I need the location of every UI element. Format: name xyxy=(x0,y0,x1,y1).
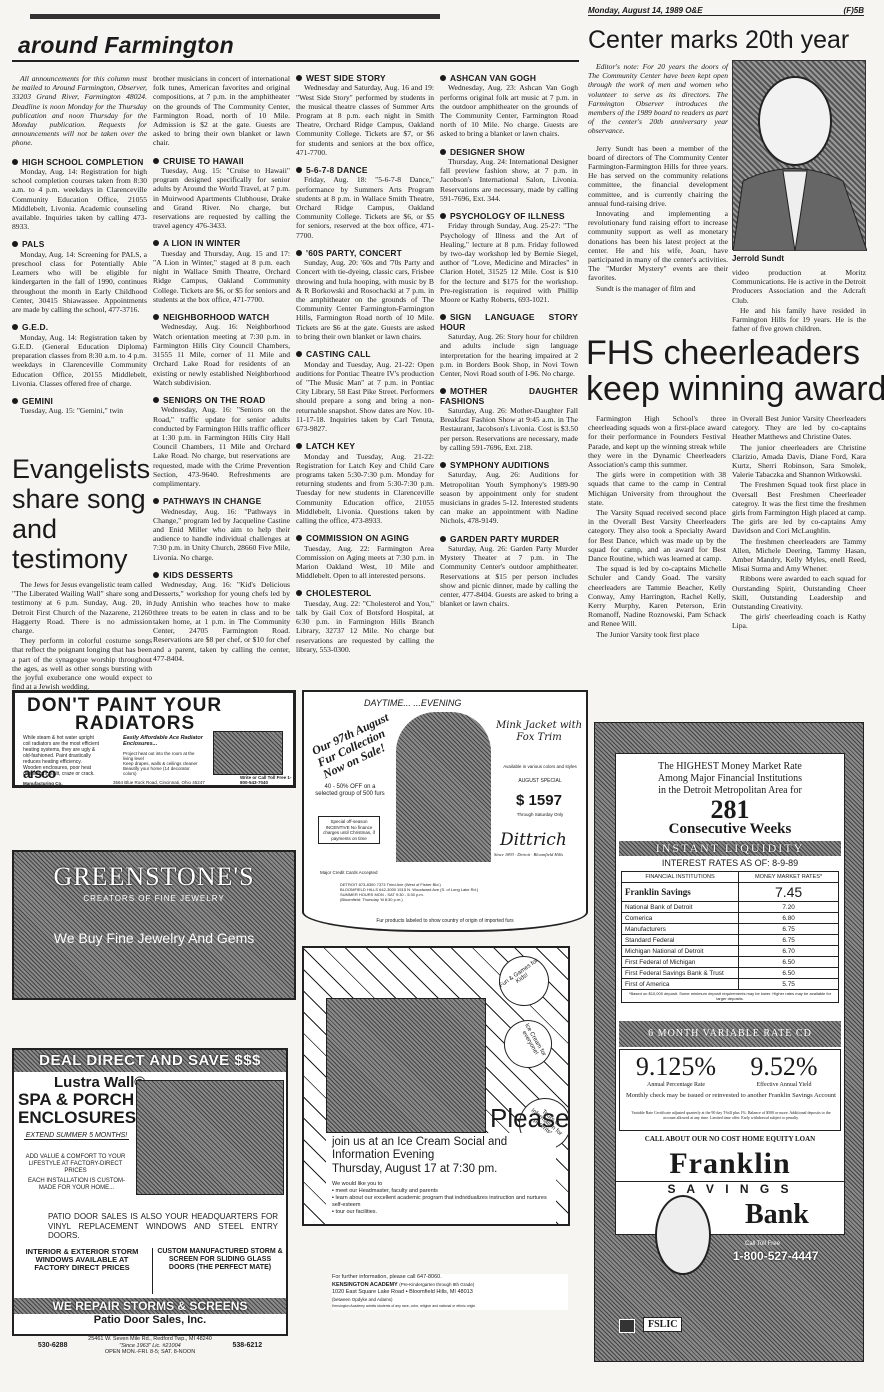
text: Thursday, Aug. 24: International Designe… xyxy=(440,157,578,203)
ad-product: Lustra Wall® xyxy=(54,1074,145,1091)
text: 6.75 xyxy=(739,935,839,946)
text: ▪ meet our Headmaster, faculty and paren… xyxy=(332,1188,552,1195)
text: Friday through Sunday, Aug. 25-27: "The … xyxy=(440,221,578,304)
event-item: LATCH KEYMonday and Tuesday, Aug. 21-22:… xyxy=(296,442,434,525)
cd-banner: 6 MONTH VARIABLE RATE CD xyxy=(619,1021,841,1047)
text: Monday and Tuesday, Aug. 21-22: Registra… xyxy=(296,452,434,526)
paragraph: Farmington High School's three cheerlead… xyxy=(588,414,726,469)
text: learn about our excellent academic progr… xyxy=(332,1195,547,1208)
text: 7.20 xyxy=(739,902,839,913)
greenstones-ad[interactable]: GREENSTONE'S CREATORS OF FINE JEWELRY We… xyxy=(12,850,296,1000)
column-1: All announcements for this column must b… xyxy=(12,74,147,425)
text: Franklin Savings xyxy=(622,883,739,902)
fhs-headline-line-1: FHS cheerleaders xyxy=(586,336,860,370)
paragraph: video production at Moritz Communication… xyxy=(732,268,866,305)
rates-as-of: INTEREST RATES AS OF: 8-9-89 xyxy=(615,858,845,868)
clown-illustration xyxy=(326,998,486,1133)
top-rule xyxy=(30,14,440,19)
fslic-badge: FSLIC xyxy=(643,1317,682,1332)
rates-table: FINANCIAL INSTITUTIONSMONEY MARKET RATES… xyxy=(621,871,839,1003)
benjamin-franklin-portrait-icon xyxy=(655,1195,711,1275)
text: 5.75 xyxy=(739,979,839,990)
kensington-academy-ad[interactable]: Fun & Games for Kids! Ice Cream for ever… xyxy=(302,946,570,1226)
text: Saturday, Aug. 26: Garden Party Murder M… xyxy=(440,544,578,608)
paragraph: The girls were in competition with 38 sq… xyxy=(588,470,726,507)
center-story-right: video production at Moritz Communication… xyxy=(732,268,866,334)
paragraph: The freshmen cheerleaders are Tammy Alle… xyxy=(732,537,866,574)
date-text: Monday, August 14, 1989 O&E xyxy=(588,6,703,15)
text: Michigan National of Detroit xyxy=(622,946,739,957)
patio-contact: 25461 W. Seven Mile Rd., Redford Twp., M… xyxy=(12,1336,288,1356)
text: Wednesday and Saturday, Aug. 16 and 19: … xyxy=(296,83,434,157)
text: Tuesday, Aug. 15: "Gemini," twin xyxy=(12,406,147,415)
dittrich-furs-ad[interactable]: DAYTIME... ...EVENING Our 97th August Fu… xyxy=(302,690,588,932)
company-name: Patio Door Sales, Inc. xyxy=(14,1314,286,1326)
section-title: around Farmington xyxy=(18,32,234,59)
table-row: Manufacturers6.75 xyxy=(622,924,839,935)
text: Monday, Aug. 14: Screening for PALS, a p… xyxy=(12,250,147,314)
event-item: DESIGNER SHOWThursday, Aug. 24: Internat… xyxy=(440,148,578,203)
apr-label: Annual Percentage Rate xyxy=(624,1082,728,1088)
page-number: (F)5B xyxy=(844,6,864,15)
text: Monday and Tuesday, Aug. 21-22: Open aud… xyxy=(296,360,434,434)
disclaimer: Kensington Academy admits students of an… xyxy=(332,1303,568,1310)
toll-free-label: Call Toll Free xyxy=(745,1241,780,1247)
home-equity-cta: CALL ABOUT OUR NO COST HOME EQUITY LOAN xyxy=(615,1135,845,1143)
bank-wordmark: Bank xyxy=(745,1199,809,1231)
portrait-illustration xyxy=(733,61,867,251)
kensington-contact: For further information, please call 647… xyxy=(332,1274,568,1310)
event-item: A LION IN WINTERTuesday and Thursday, Au… xyxy=(153,239,290,304)
info-line: For further information, please call 647… xyxy=(332,1274,568,1281)
ad-copy: We would like you to ▪ meet our Headmast… xyxy=(332,1181,552,1216)
ad-copy: PATIO DOOR SALES IS ALSO YOUR HEADQUARTE… xyxy=(48,1212,278,1241)
paragraph: The Freshmen Squad took first place in O… xyxy=(732,480,866,535)
text: First Federal Savings Bank & Trust xyxy=(622,968,739,979)
section-rule xyxy=(12,60,579,62)
event-item: GARDEN PARTY MURDERSaturday, Aug. 26: Ga… xyxy=(440,535,578,609)
table-row: First Federal of Michigan6.50 xyxy=(622,957,839,968)
text: Saturday, Aug. 26: Mother-Daughter Fall … xyxy=(440,406,578,452)
event-title: COMMISSION ON AGING xyxy=(296,534,434,543)
event-title: GEMINI xyxy=(12,397,147,406)
event-item: G.E.D.Monday, Aug. 14: Registration take… xyxy=(12,323,147,388)
event-title: CASTING CALL xyxy=(296,350,434,359)
text: We would like you to xyxy=(332,1181,552,1188)
ad-subhead: Easily Affordable Ace Radiator Enclosure… xyxy=(123,735,203,747)
column-2: brother musicians in concert of internat… xyxy=(153,74,290,672)
paragraph: Jerry Sundt has been a member of the boa… xyxy=(588,144,728,208)
submission-instructions: All announcements for this column must b… xyxy=(12,74,147,148)
event-item: SENIORS ON THE ROADWednesday, Aug. 16: "… xyxy=(153,396,290,488)
event-title: SYMPHONY AUDITIONS xyxy=(440,461,578,470)
ad-address: 3564 Blue Rock Road, Cincinnati, Ohio 45… xyxy=(113,780,205,785)
speech-bubble: Ice Cream for everyone! xyxy=(495,1011,561,1077)
center-headline: Center marks 20th year xyxy=(588,28,849,53)
column-3: WEST SIDE STORYWednesday and Saturday, A… xyxy=(296,74,434,663)
text: 6.75 xyxy=(739,924,839,935)
paragraph: The girls' cheerleading coach is Kathy L… xyxy=(732,612,866,630)
text: 6.50 xyxy=(739,968,839,979)
franklin-savings-ad[interactable]: The HIGHEST Money Market RateAmong Major… xyxy=(594,722,864,1362)
cd-rates-box: 9.125% Annual Percentage Rate 9.52% Effe… xyxy=(619,1049,841,1131)
instant-liquidity-banner: INSTANT LIQUIDITY xyxy=(619,841,841,856)
text: tour our facilities. xyxy=(335,1209,377,1215)
event-title: PALS xyxy=(12,240,147,249)
ad-copy: AUGUST SPECIAL xyxy=(500,778,580,784)
paragraph: Ribbons were awarded to each squad for O… xyxy=(732,574,866,611)
porch-enclosure-illustration xyxy=(136,1080,284,1195)
event-title: CHOLESTEROL xyxy=(296,589,434,598)
school-name: KENSINGTON ACADEMY xyxy=(332,1282,398,1288)
text: Tuesday, Aug. 22: Farmington Area Commis… xyxy=(296,544,434,581)
text: First of America xyxy=(622,979,739,990)
event-title: G.E.D. xyxy=(12,323,147,332)
text: Project heat out into the room at the li… xyxy=(123,751,203,761)
apr-value: 9.125% xyxy=(624,1052,728,1082)
text: Friday, Aug. 18: "5-6-7-8 Dance," perfor… xyxy=(296,175,434,239)
text: brother musicians in concert of internat… xyxy=(153,74,290,148)
ad-copy: Through Saturday Only xyxy=(500,812,580,817)
event-title: ASHCAN VAN GOGH xyxy=(440,74,578,83)
text: Wednesday, Aug. 16: "Pathways in Change,… xyxy=(153,507,290,562)
weeks-label: Consecutive Weeks xyxy=(615,821,845,838)
event-title: '60S PARTY, CONCERT xyxy=(296,249,434,258)
text: Tuesday, Aug. 15: "Cruise to Hawaii" pro… xyxy=(153,166,290,230)
ad-copy: Monthly check may be issued or reinveste… xyxy=(626,1092,836,1100)
evangelists-headline: Evangelists share song and testimony xyxy=(12,454,152,574)
table-row: Standard Federal6.75 xyxy=(622,935,839,946)
text: ▪ tour our facilities. xyxy=(332,1209,552,1216)
brand-sub: Since 1893 · Detroit · Bloomfield Hills xyxy=(494,852,584,857)
text: Comerica xyxy=(622,913,739,924)
dateline: Monday, August 14, 1989 O&E (F)5B xyxy=(588,6,864,16)
event-title: CRUISE TO HAWAII xyxy=(153,157,290,166)
apy-value: 9.52% xyxy=(732,1052,836,1082)
paragraph: The Junior Varsity took first place xyxy=(588,630,726,639)
text: Beautify your home (14 decorator colors) xyxy=(123,766,203,776)
ad-footer: Fur products labeled to show country of … xyxy=(304,918,586,924)
ad-intro: The HIGHEST Money Market RateAmong Major… xyxy=(615,761,845,797)
ad-copy: EXTEND SUMMER 5 MONTHS! xyxy=(24,1132,129,1140)
event-title: KIDS DESSERTS xyxy=(153,571,290,580)
text: National Bank of Detroit xyxy=(622,902,739,913)
text: Wednesday, Aug. 16: Neighborhood Watch o… xyxy=(153,322,290,386)
greenstones-logo: GREENSTONE'S xyxy=(14,862,294,892)
apy-label: Effective Annual Yield xyxy=(732,1082,836,1088)
fine-print: Variable Rate Certificate adjusted quart… xyxy=(626,1110,836,1120)
paragraph: The squad is led by co-captains Michelle… xyxy=(588,564,726,628)
text: Manufacturers xyxy=(622,924,739,935)
ad-top-text: DAYTIME... ...EVENING xyxy=(364,698,584,708)
event-item: CHOLESTEROLTuesday, Aug. 22: "Cholestero… xyxy=(296,589,434,654)
event-date: Thursday, August 17 at 7:30 pm. xyxy=(332,1163,552,1176)
greenstones-headline: We Buy Fine Jewelry And Gems xyxy=(14,930,294,946)
grades: (Pre-Kindergarten through 8th Grade) xyxy=(399,1282,474,1287)
column-4: ASHCAN VAN GOGHWednesday, Aug. 23: Ashca… xyxy=(440,74,578,617)
fhs-story-right: in Overall Best Junior Varsity Cheerlead… xyxy=(732,414,866,632)
text: ▪ learn about our excellent academic pro… xyxy=(332,1195,552,1209)
event-item: COMMISSION ON AGINGTuesday, Aug. 22: Far… xyxy=(296,534,434,580)
ad-headline: RADIATORS xyxy=(75,713,195,735)
fhs-headline-line-2: keep winning awards xyxy=(586,372,884,406)
event-title: PSYCHOLOGY OF ILLNESS xyxy=(440,212,578,221)
arsco-radiator-ad[interactable]: DON'T PAINT YOUR RADIATORS While steam &… xyxy=(12,690,296,788)
photo-caption: Jerrold Sundt xyxy=(732,254,784,263)
event-title: GARDEN PARTY MURDER xyxy=(440,535,578,544)
savings-wordmark: S A V I N G S xyxy=(615,1181,845,1196)
text: Saturday, Aug. 26: Story hour for childr… xyxy=(440,332,578,378)
ad-copy: INTERIOR & EXTERIOR STORM WINDOWS AVAILA… xyxy=(18,1248,146,1272)
weeks-number: 281 xyxy=(615,797,845,823)
text: Tuesday and Thursday, Aug. 15 and 17: "A… xyxy=(153,249,290,304)
text: MONEY MARKET RATES* xyxy=(739,872,839,883)
event-item: WEST SIDE STORYWednesday and Saturday, A… xyxy=(296,74,434,157)
event-title: SIGN LANGUAGE STORY HOUR xyxy=(440,313,578,332)
event-item: PSYCHOLOGY OF ILLNESSFriday through Sund… xyxy=(440,212,578,304)
text: Tuesday, Aug. 22: "Cholesterol and You,"… xyxy=(296,599,434,654)
paragraph: Sundt is the manager of film and xyxy=(588,284,728,293)
event-item: PALSMonday, Aug. 14: Screening for PALS,… xyxy=(12,240,147,314)
table-row: Comerica6.80 xyxy=(622,913,839,924)
table-row: Franklin Savings7.45 xyxy=(622,883,839,902)
event-title: PATHWAYS IN CHANGE xyxy=(153,497,290,506)
ad-bullets: Project heat out into the room at the li… xyxy=(123,751,203,776)
radiator-icon xyxy=(213,731,283,775)
paragraph: Innovating and implementing a revolution… xyxy=(588,209,728,283)
editors-note: Editor's note: For 20 years the doors of… xyxy=(588,62,728,136)
product-name: Mink Jacket with Fox Trim xyxy=(494,720,584,744)
sale-burst: Our 97th August Fur Collection Now on Sa… xyxy=(310,709,406,782)
event-title: 5-6-7-8 DANCE xyxy=(296,166,434,175)
ad-copy: Major Credit Cards Accepted xyxy=(320,870,378,875)
event-item: SIGN LANGUAGE STORY HOURSaturday, Aug. 2… xyxy=(440,313,578,378)
text: 6.80 xyxy=(739,913,839,924)
table-row: First of America5.75 xyxy=(622,979,839,990)
event-title: WEST SIDE STORY xyxy=(296,74,434,83)
event-title: LATCH KEY xyxy=(296,442,434,451)
divider xyxy=(152,1248,153,1294)
event-item-continued: brother musicians in concert of internat… xyxy=(153,74,290,148)
equal-housing-icon xyxy=(619,1319,635,1333)
text: Wednesday, Aug. 16: "Kid's Delicious Des… xyxy=(153,580,290,663)
ad-copy: EACH INSTALLATION IS CUSTOM-MADE FOR YOU… xyxy=(24,1178,129,1192)
phone-number[interactable]: 1-800-527-4447 xyxy=(733,1249,818,1263)
ad-cta: Write or Call Toll Free 1-800-543-7040 xyxy=(240,775,295,785)
deal-direct-banner: DEAL DIRECT AND SAVE $$$ xyxy=(14,1050,286,1072)
ad-copy: Available in various colors and styles xyxy=(500,764,580,769)
text: Monday, Aug. 14: Registration for high s… xyxy=(12,167,147,231)
text: Standard Federal xyxy=(622,935,739,946)
hours: OPEN MON.-FRI. 8-5; SAT. 8-NOON xyxy=(12,1349,288,1356)
text: 6.50 xyxy=(739,957,839,968)
event-item: HIGH SCHOOL COMPLETIONMonday, Aug. 14: R… xyxy=(12,158,147,232)
text: Wednesday, Aug. 23: Ashcan Van Gogh perf… xyxy=(440,83,578,138)
ad-copy: CUSTOM MANUFACTURED STORM & SCREEN FOR S… xyxy=(156,1248,284,1272)
event-title: NEIGHBORHOOD WATCH xyxy=(153,313,290,322)
franklin-logo: Franklin xyxy=(615,1147,845,1181)
text: Wednesday, Aug. 16: "Seniors on the Road… xyxy=(153,405,290,488)
event-title: DESIGNER SHOW xyxy=(440,148,578,157)
phone-link[interactable]: 530-6288 xyxy=(38,1343,68,1350)
please-heading: Please xyxy=(490,1103,570,1134)
ad-copy: Special off-season INCENTIVE No finance … xyxy=(318,816,380,844)
event-item: SYMPHONY AUDITIONSSaturday, Aug. 26: Aud… xyxy=(440,461,578,526)
event-item: '60S PARTY, CONCERTSunday, Aug. 20: '60s… xyxy=(296,249,434,341)
event-title: SENIORS ON THE ROAD xyxy=(153,396,290,405)
event-item: 5-6-7-8 DANCEFriday, Aug. 18: "5-6-7-8 D… xyxy=(296,166,434,240)
text: FINANCIAL INSTITUTIONS xyxy=(622,872,739,883)
event-item: CASTING CALLMonday and Tuesday, Aug. 21-… xyxy=(296,350,434,433)
text: Sunday, Aug. 20: '60s and '70s Party and… xyxy=(296,258,434,341)
ad-copy: ADD VALUE & COMFORT TO YOUR LIFESTYLE AT… xyxy=(18,1154,133,1175)
paragraph: in Overall Best Junior Varsity Cheerlead… xyxy=(732,414,866,442)
event-item: ASHCAN VAN GOGHWednesday, Aug. 23: Ashca… xyxy=(440,74,578,139)
text: Saturday, Aug. 26: Auditions for Metropo… xyxy=(440,470,578,525)
greenstones-tagline: CREATORS OF FINE JEWELRY xyxy=(14,894,294,903)
ad-brand-sub: Manufacturing Co. xyxy=(23,781,63,786)
table-row: First Federal Savings Bank & Trust6.50 xyxy=(622,968,839,979)
speech-bubble: Fun & Games for Kids! xyxy=(489,946,559,1016)
ad-product: SPA & PORCH xyxy=(18,1090,134,1110)
text: Monday, Aug. 14: Registration taken by G… xyxy=(12,333,147,388)
fur-coat-illustration xyxy=(396,712,491,862)
phone-link[interactable]: 538-6212 xyxy=(233,1343,263,1350)
repair-banner: WE REPAIR STORMS & SCREENS xyxy=(14,1298,286,1314)
paragraph: The Varsity Squad received second place … xyxy=(588,508,726,563)
event-title: HIGH SCHOOL COMPLETION xyxy=(12,158,147,167)
event-headline: join us at an Ice Cream Social and Infor… xyxy=(332,1136,552,1162)
text: *Based on $10,000 deposit. Some minimum … xyxy=(622,990,839,1003)
text: 7.45 xyxy=(739,883,839,902)
table-row: National Bank of Detroit7.20 xyxy=(622,902,839,913)
ad-product: ENCLOSURES xyxy=(18,1108,136,1128)
paragraph: The junior cheerleaders are Christine Cl… xyxy=(732,443,866,480)
table-row: Michigan National of Detroit6.70 xyxy=(622,946,839,957)
address-note: (between Opdyke and Adams) xyxy=(332,1296,568,1303)
ad-copy: 40 - 50% OFF on a selected group of 500 … xyxy=(314,784,386,798)
event-title: MOTHER DAUGHTER FASHIONS xyxy=(440,387,578,406)
event-title: A LION IN WINTER xyxy=(153,239,290,248)
center-story-left: Editor's note: For 20 years the doors of… xyxy=(588,62,728,294)
arsco-logo: arsco xyxy=(23,765,55,781)
address: 1020 East Square Lake Road ▪ Bloomfield … xyxy=(332,1289,568,1296)
event-item: NEIGHBORHOOD WATCHWednesday, Aug. 16: Ne… xyxy=(153,313,290,387)
price: $ 1597 xyxy=(494,792,584,809)
text: (Bloomfield: Thursday 'til 8:30 p.m.) xyxy=(340,897,478,902)
paragraph: He and his family have resided in Farmin… xyxy=(732,306,866,334)
text: First Federal of Michigan xyxy=(622,957,739,968)
paragraph: They perform in colorful costume songs t… xyxy=(12,636,152,691)
fhs-story-left: Farmington High School's three cheerlead… xyxy=(588,414,726,640)
store-info: DETROIT 873-8300 7373 Third Ave (West of… xyxy=(340,882,478,902)
dittrich-logo: Dittrich xyxy=(500,830,567,850)
paragraph: The Jews for Jesus evangelistic team cal… xyxy=(12,580,152,635)
text: meet our Headmaster, faculty and parents xyxy=(335,1188,437,1194)
patio-door-sales-ad[interactable]: DEAL DIRECT AND SAVE $$$ Lustra Wall® SP… xyxy=(12,1048,288,1336)
jerrold-sundt-photo xyxy=(732,60,866,250)
event-item: PATHWAYS IN CHANGEWednesday, Aug. 16: "P… xyxy=(153,497,290,562)
event-item: CRUISE TO HAWAIITuesday, Aug. 15: "Cruis… xyxy=(153,157,290,231)
event-item: KIDS DESSERTSWednesday, Aug. 16: "Kid's … xyxy=(153,571,290,663)
text: 6.70 xyxy=(739,946,839,957)
event-item: MOTHER DAUGHTER FASHIONSSaturday, Aug. 2… xyxy=(440,387,578,452)
event-item: GEMINITuesday, Aug. 15: "Gemini," twin xyxy=(12,397,147,416)
